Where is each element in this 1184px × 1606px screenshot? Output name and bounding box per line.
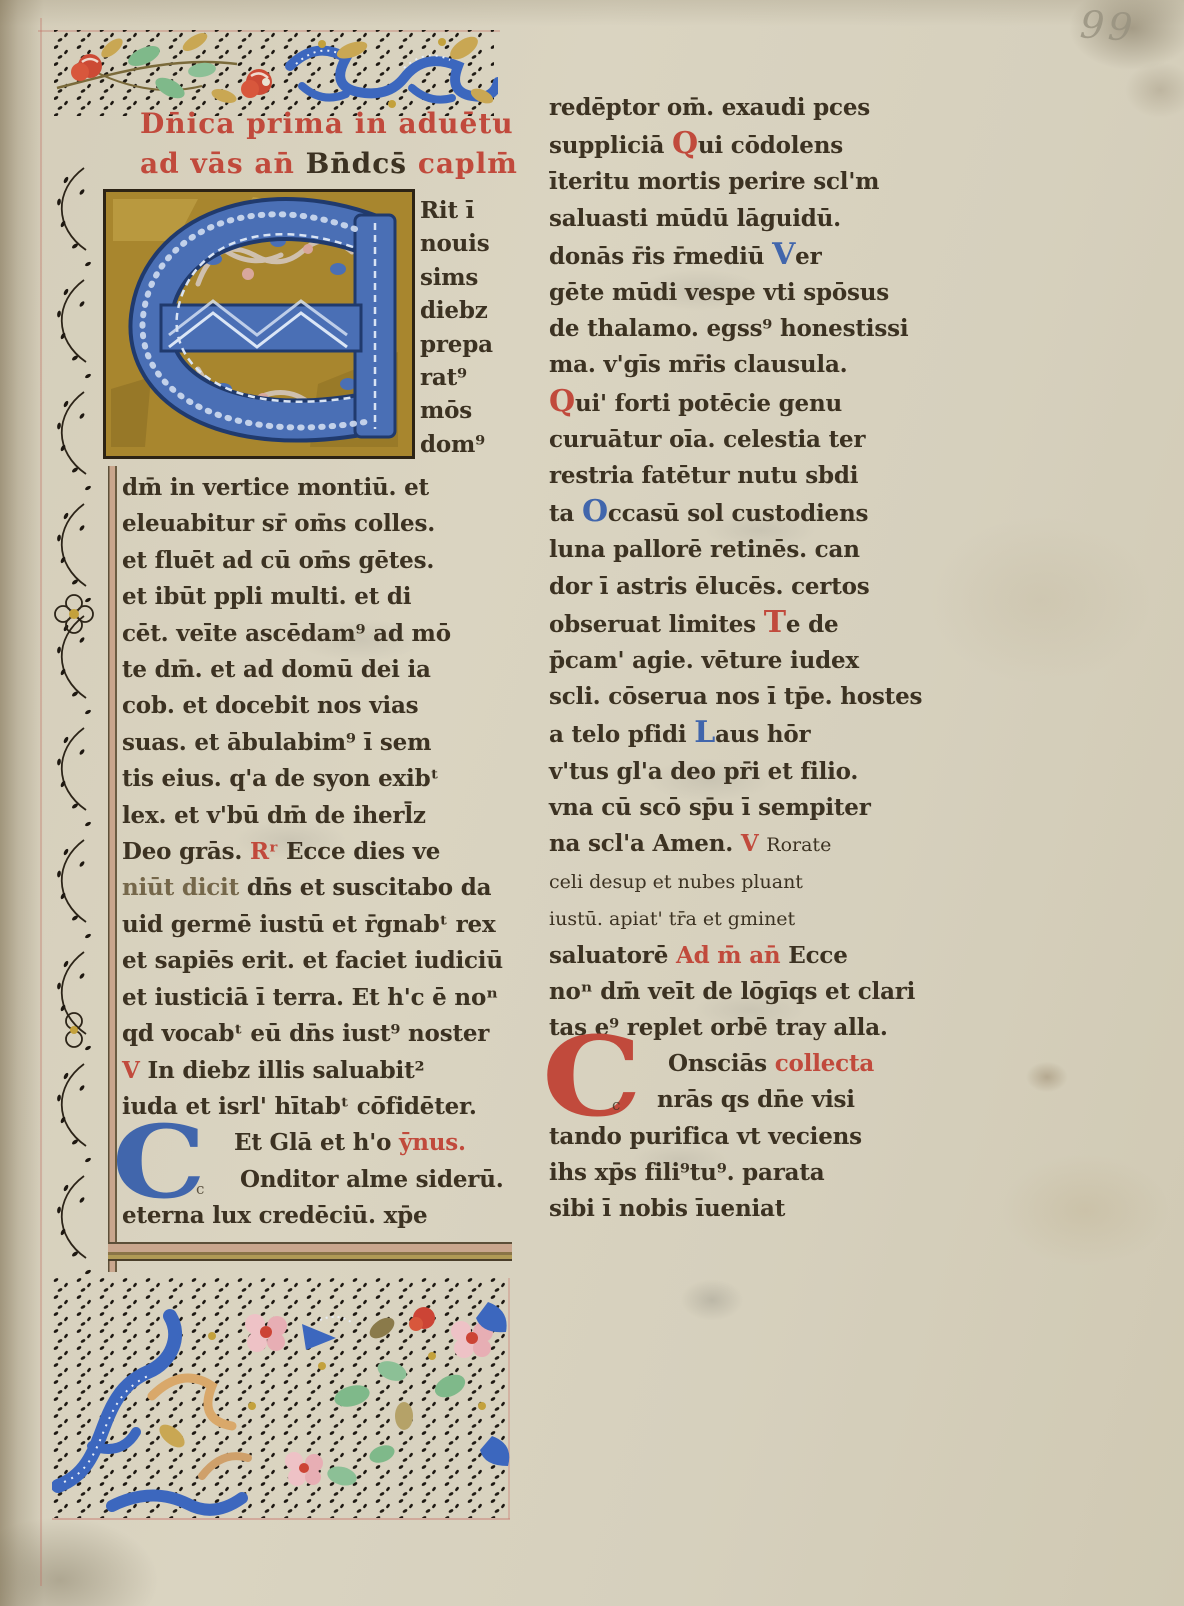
text-line: et iusticiā ī terra. Et h'c ē noⁿ	[122, 980, 520, 1016]
text-segment: eleuabitur sr̄ om̄s colles.	[122, 510, 435, 537]
text-segment: ihs xp̄s fili⁹tu⁹. parata	[549, 1159, 825, 1186]
text-line: V In diebz illis saluabit²	[122, 1053, 520, 1089]
text-segment: cob. et docebit nos vias	[122, 692, 418, 719]
text-line: qd vocabᵗ eū dn̄s iust⁹ noster	[122, 1016, 520, 1052]
text-segment: īteritu mortis perire scl'm	[549, 168, 879, 195]
text-line: ihs xp̄s fili⁹tu⁹. parata	[549, 1155, 941, 1191]
text-segment: Rit ī	[420, 197, 474, 224]
text-segment: rat⁹	[420, 364, 467, 391]
text-line: cēt. veīte ascēdam⁹ ad mō	[122, 616, 520, 652]
text-segment: niūt dicit	[122, 874, 247, 901]
text-segment: noⁿ dm̄ veīt de lōgīqs et clari	[549, 978, 915, 1005]
text-line: Rit ī	[420, 194, 520, 227]
text-line: et sapiēs erit. et faciet iudiciū	[122, 943, 520, 979]
text-segment: saluasti mūdū lāguidū.	[549, 205, 841, 232]
text-segment: saluatorē	[549, 942, 676, 969]
guide-letter: c	[196, 1182, 204, 1197]
text-segment: O	[582, 494, 608, 529]
manuscript-page: 99	[0, 0, 1184, 1606]
text-segment: dn̄s et suscitabo da	[247, 874, 492, 901]
text-line: luna pallorē retinēs. can	[549, 532, 941, 568]
text-line: restria fatētur nutu sbdi	[549, 458, 941, 494]
text-segment: dm̄ in vertice montiū. et	[122, 474, 429, 501]
text-segment: de thalamo. egss⁹ honestissi	[549, 315, 908, 342]
text-line: ta Occasū sol custodiens	[549, 494, 941, 532]
text-line: donās r̄is r̄mediū Ver	[549, 237, 941, 275]
big-initial-conscientias: C	[542, 1022, 642, 1132]
text-segment: ad vās an̄	[140, 147, 306, 180]
text-line: diebz	[420, 294, 520, 327]
text-segment: sibi ī nobis īueniat	[549, 1195, 785, 1222]
text-line: iustū. apiat' tr̄a et gminet	[549, 900, 941, 937]
text-segment: donās r̄is r̄mediū	[549, 243, 772, 270]
text-line: sims	[420, 261, 520, 294]
text-frame-bottom-rule	[108, 1242, 512, 1266]
text-line: redēptor om̄. exaudi pces	[549, 90, 941, 126]
text-segment: mōs	[420, 397, 472, 424]
text-segment: a telo pfidi	[549, 721, 694, 748]
text-line: te dm̄. et ad domū dei ia	[122, 652, 520, 688]
bottom-floral-border	[52, 1276, 514, 1526]
text-segment: Q	[549, 384, 575, 419]
text-line: gēte mūdi vespe vti spōsus	[549, 275, 941, 311]
text-line: lex. et v'bū dm̄ de iherl̄z	[122, 798, 520, 834]
text-segment: V	[741, 830, 766, 857]
text-line: de thalamo. egss⁹ honestissi	[549, 311, 941, 347]
text-line: saluatorē Ad m̄ an̄ Ecce	[549, 938, 941, 974]
text-segment: T	[764, 605, 786, 640]
text-segment: Q	[672, 126, 698, 161]
text-segment: prepa	[420, 331, 493, 358]
text-segment: tis eius. q'a de syon exibᵗ	[122, 765, 439, 792]
text-line: sibi ī nobis īueniat	[549, 1191, 941, 1227]
text-segment: iustū. apiat' tr̄a et gminet	[549, 908, 795, 930]
text-line: eleuabitur sr̄ om̄s colles.	[122, 506, 520, 542]
text-segment: et fluēt ad cū om̄s gētes.	[122, 547, 434, 574]
text-line: nouis	[420, 227, 520, 260]
text-line: Dn̄ica prima in aduētu	[140, 104, 520, 144]
text-line: a telo pfidi Laus hōr	[549, 715, 941, 753]
text-line: dor ī astris ēlucēs. certos	[549, 569, 941, 605]
text-segment: v'tus gl'a deo pr̄i et filio.	[549, 758, 858, 785]
text-line: noⁿ dm̄ veīt de lōgīqs et clari	[549, 974, 941, 1010]
text-line: mōs	[420, 394, 520, 427]
text-segment: ccasū sol custodiens	[608, 500, 868, 527]
text-segment: et sapiēs erit. et faciet iudiciū	[122, 947, 503, 974]
folio-number: 99	[1079, 5, 1161, 48]
text-line: na scl'a Amen. V Rorate	[549, 826, 941, 863]
text-segment: qd vocabᵗ eū dn̄s iust⁹ noster	[122, 1020, 489, 1047]
text-segment: redēptor om̄. exaudi pces	[549, 94, 870, 121]
text-line: ma. v'gīs mr̄is clausula.	[549, 347, 941, 383]
text-segment: Ecce dies ve	[286, 838, 440, 865]
text-segment: Onsciās	[668, 1050, 775, 1077]
text-segment: Bn̄dcs̄	[306, 147, 418, 180]
text-segment: Et Glā et h'o	[234, 1129, 399, 1156]
text-segment: restria fatētur nutu sbdi	[549, 462, 858, 489]
text-line: saluasti mūdū lāguidū.	[549, 201, 941, 237]
text-line: celi desup et nubes pluant	[549, 863, 941, 900]
text-segment: ta	[549, 500, 582, 527]
text-line: uid germē iustū et r̄gnabᵗ rex	[122, 907, 520, 943]
text-segment: Rorate	[766, 834, 831, 856]
text-line: dm̄ in vertice montiū. et	[122, 470, 520, 506]
text-segment: obseruat limites	[549, 611, 764, 638]
text-line: prepa	[420, 328, 520, 361]
text-segment: et iusticiā ī terra. Et h'c ē noⁿ	[122, 984, 498, 1011]
text-segment: e de	[786, 611, 839, 638]
text-line: scli. cōserua nos ī tp̄e. hostes	[549, 679, 941, 715]
text-segment: ma. v'gīs mr̄is clausula.	[549, 351, 847, 378]
text-line: rat⁹	[420, 361, 520, 394]
text-segment: Dn̄ica prima in aduētu	[140, 107, 514, 140]
text-segment: nrās qs dn̄e visi	[657, 1086, 855, 1113]
text-line: suas. et ābulabim⁹ ī sem	[122, 725, 520, 761]
text-segment: sims	[420, 264, 478, 291]
text-segment: collecta	[775, 1050, 874, 1077]
text-segment: vna cū scō sp̄u ī sempiter	[549, 794, 871, 821]
text-segment: aus hōr	[715, 721, 810, 748]
text-segment: Ecce	[788, 942, 847, 969]
text-segment: dor ī astris ēlucēs. certos	[549, 573, 870, 600]
text-segment: Deo grās.	[122, 838, 250, 865]
text-line: obseruat limites Te de	[549, 605, 941, 643]
text-line: Qui' forti potēcie genu	[549, 384, 941, 422]
rubric-heading: Dn̄ica prima in aduētuad vās an̄ Bn̄dcs̄…	[140, 104, 520, 184]
text-segment: lex. et v'bū dm̄ de iherl̄z	[122, 802, 426, 829]
text-segment: er	[795, 243, 821, 270]
text-segment: Rʳ	[250, 838, 286, 865]
ruling-line-vertical	[40, 18, 42, 1586]
text-line: ad vās an̄ Bn̄dcs̄ caplm̄	[140, 144, 520, 184]
text-segment: ȳnus.	[399, 1129, 466, 1156]
text-line: et fluēt ad cū om̄s gētes.	[122, 543, 520, 579]
text-line: niūt dicit dn̄s et suscitabo da	[122, 870, 520, 906]
text-segment: caplm̄	[418, 147, 518, 180]
text-line: dom⁹	[420, 428, 520, 461]
text-line: īteritu mortis perire scl'm	[549, 164, 941, 200]
text-segment: celi desup et nubes pluant	[549, 871, 803, 893]
text-segment: te dm̄. et ad domū dei ia	[122, 656, 431, 683]
text-segment: dom⁹	[420, 431, 485, 458]
text-segment: diebz	[420, 297, 488, 324]
text-line: tis eius. q'a de syon exibᵗ	[122, 761, 520, 797]
text-segment: na scl'a Amen.	[549, 830, 741, 857]
text-line: curuātur oīa. celestia ter	[549, 422, 941, 458]
text-segment: suppliciā	[549, 132, 672, 159]
text-segment: p̄cam' agie. vēture iudex	[549, 647, 859, 674]
text-line: et ibūt ppli multi. et di	[122, 579, 520, 615]
text-segment: gēte mūdi vespe vti spōsus	[549, 279, 889, 306]
text-line: cob. et docebit nos vias	[122, 688, 520, 724]
text-segment: cēt. veīte ascēdam⁹ ad mō	[122, 620, 451, 647]
big-initial-conditor: C	[112, 1112, 206, 1212]
text-segment: suas. et ābulabim⁹ ī sem	[122, 729, 431, 756]
text-segment: scli. cōserua nos ī tp̄e. hostes	[549, 683, 922, 710]
text-segment: L	[694, 715, 715, 750]
left-penwork-border	[44, 162, 106, 1280]
text-segment: nouis	[420, 230, 489, 257]
text-line: vna cū scō sp̄u ī sempiter	[549, 790, 941, 826]
illuminated-initial-E	[103, 189, 415, 459]
guide-letter: c	[612, 1098, 620, 1113]
text-segment: ui' forti potēcie genu	[575, 390, 842, 417]
text-segment: curuātur oīa. celestia ter	[549, 426, 865, 453]
initial-side-text: Rit īnouissimsdiebzpreparat⁹mōsdom⁹	[420, 194, 520, 461]
text-segment: ui cōdolens	[698, 132, 843, 159]
text-segment: uid germē iustū et r̄gnabᵗ rex	[122, 911, 496, 938]
text-segment: et ibūt ppli multi. et di	[122, 583, 411, 610]
text-segment: V	[122, 1057, 147, 1084]
text-segment: V	[772, 237, 795, 272]
text-segment: Ad m̄ an̄	[676, 942, 788, 969]
text-segment: luna pallorē retinēs. can	[549, 536, 860, 563]
text-segment: In diebz illis saluabit²	[147, 1057, 424, 1084]
text-line: v'tus gl'a deo pr̄i et filio.	[549, 754, 941, 790]
text-segment: Onditor alme siderū.	[240, 1166, 504, 1193]
text-line: suppliciā Qui cōdolens	[549, 126, 941, 164]
text-line: Deo grās. Rʳ Ecce dies ve	[122, 834, 520, 870]
text-line: p̄cam' agie. vēture iudex	[549, 643, 941, 679]
